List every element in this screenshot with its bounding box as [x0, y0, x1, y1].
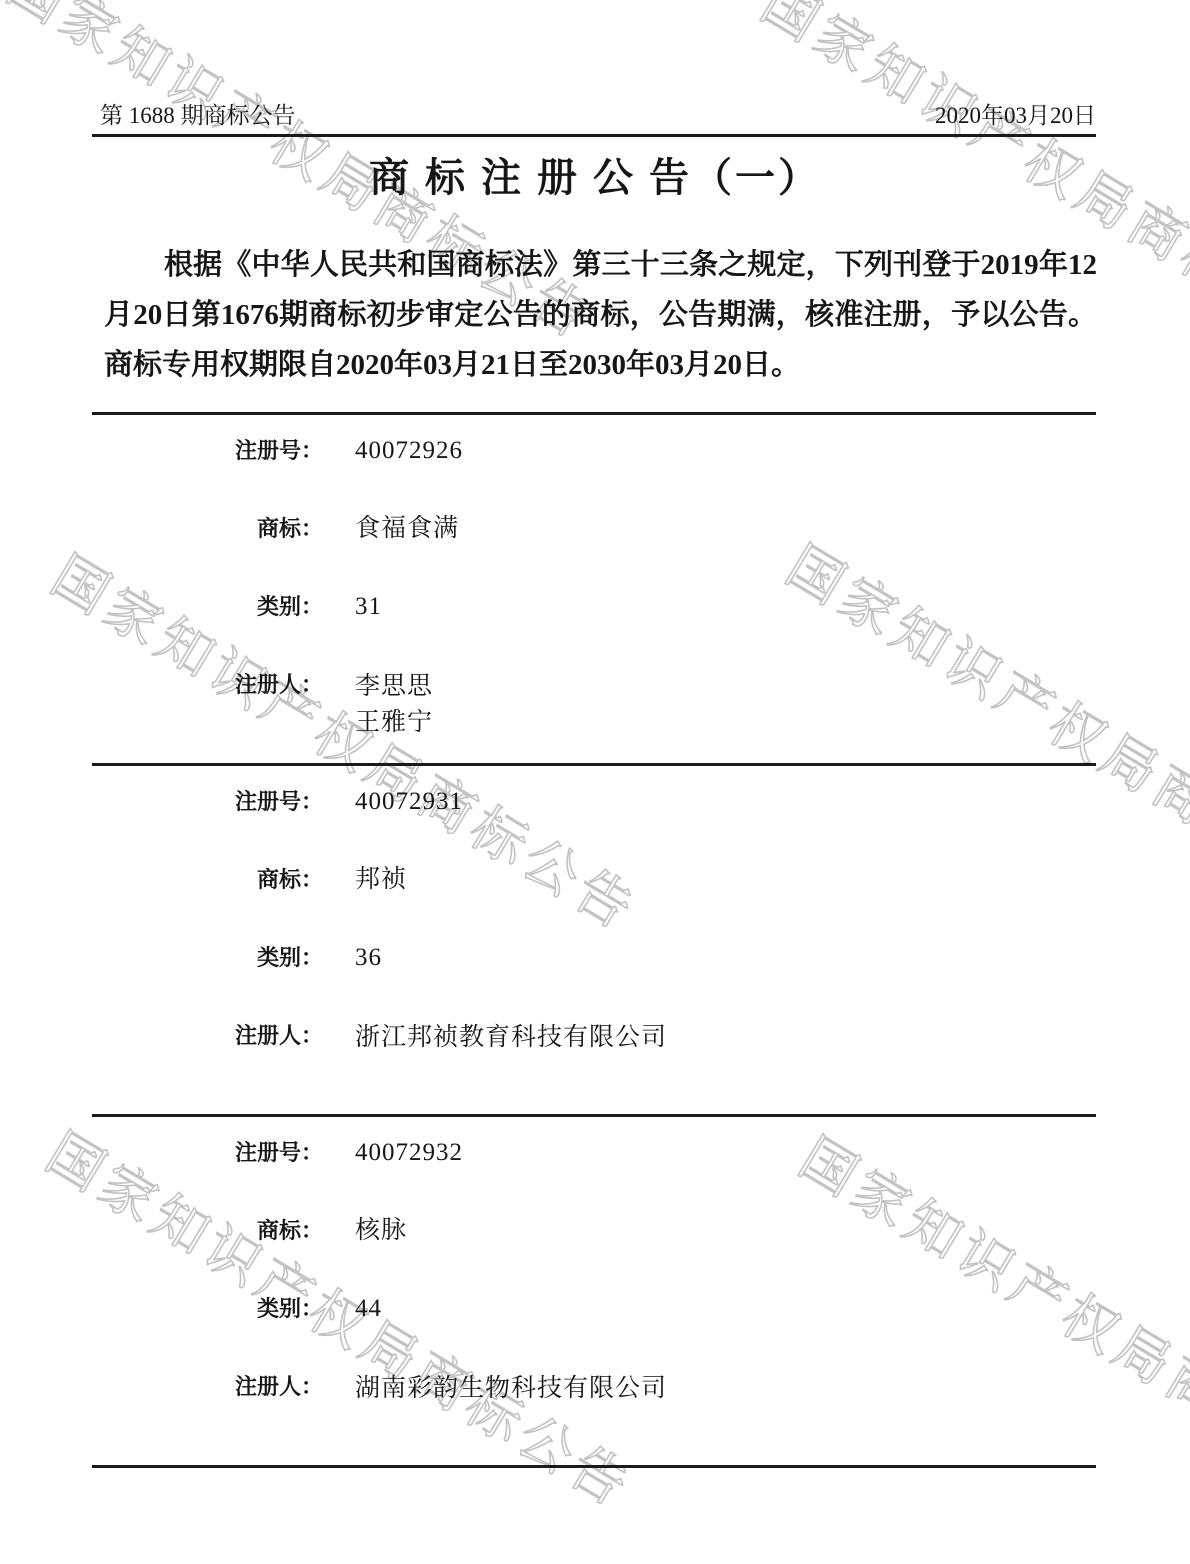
category-label: 类别： [92, 942, 323, 974]
registrant-value: 李思思 王雅宁 [355, 669, 433, 741]
issue-number: 第 1688 期商标公告 [100, 97, 296, 130]
registrant-label: 注册人： [92, 669, 323, 701]
intro-paragraph: 根据《中华人民共和国商标法》第三十三条之规定，下列刊登于2019年12月20日第… [104, 240, 1097, 390]
category-value: 36 [355, 942, 382, 974]
category-row: 类别： 31 [92, 591, 1096, 623]
registrant-name: 王雅宁 [355, 705, 433, 741]
bottom-divider [92, 1465, 1096, 1468]
category-label: 类别： [92, 1293, 323, 1325]
registrant-row: 注册人： 李思思 王雅宁 [92, 669, 1096, 741]
trademark-value: 食福食满 [355, 513, 459, 545]
reg-no-value: 40072926 [355, 435, 463, 467]
reg-no-row: 注册号： 40072931 [92, 786, 1096, 818]
registrant-value: 湖南彩韵生物科技有限公司 [355, 1371, 667, 1407]
reg-no-row: 注册号： 40072932 [92, 1137, 1096, 1169]
trademark-value: 核脉 [355, 1215, 407, 1247]
category-row: 类别： 44 [92, 1293, 1096, 1325]
header-divider [92, 134, 1096, 137]
category-row: 类别： 36 [92, 942, 1096, 974]
registrant-name: 湖南彩韵生物科技有限公司 [355, 1371, 667, 1407]
category-label: 类别： [92, 591, 323, 623]
trademark-label: 商标： [92, 1215, 323, 1247]
reg-no-label: 注册号： [92, 786, 323, 818]
reg-no-row: 注册号： 40072926 [92, 435, 1096, 467]
publication-date: 2020年03月20日 [935, 97, 1096, 130]
trademark-record: 注册号： 40072932 商标： 核脉 类别： 44 注册人： 湖南彩韵生物科… [92, 1114, 1096, 1465]
page-header: 第 1688 期商标公告 2020年03月20日 [100, 97, 1096, 130]
trademark-record: 注册号： 40072926 商标： 食福食满 类别： 31 注册人： 李思思 王… [92, 412, 1096, 763]
reg-no-label: 注册号： [92, 435, 323, 467]
reg-no-label: 注册号： [92, 1137, 323, 1169]
trademark-row: 商标： 邦祯 [92, 864, 1096, 896]
registrant-label: 注册人： [92, 1020, 323, 1052]
category-value: 31 [355, 591, 382, 623]
records-list: 注册号： 40072926 商标： 食福食满 类别： 31 注册人： 李思思 王… [92, 412, 1096, 1465]
trademark-label: 商标： [92, 513, 323, 545]
trademark-record: 注册号： 40072931 商标： 邦祯 类别： 36 注册人： 浙江邦祯教育科… [92, 763, 1096, 1114]
trademark-row: 商标： 核脉 [92, 1215, 1096, 1247]
category-value: 44 [355, 1293, 382, 1325]
registrant-row: 注册人： 湖南彩韵生物科技有限公司 [92, 1371, 1096, 1407]
reg-no-value: 40072931 [355, 786, 463, 818]
gazette-page: 国家知识产权局商标公告 国家知识产权局商标公告 国家知识产权局商标公告 国家知识… [0, 0, 1190, 1564]
registrant-row: 注册人： 浙江邦祯教育科技有限公司 [92, 1020, 1096, 1056]
registrant-value: 浙江邦祯教育科技有限公司 [355, 1020, 667, 1056]
reg-no-value: 40072932 [355, 1137, 463, 1169]
page-content: 第 1688 期商标公告 2020年03月20日 商 标 注 册 公 告（一） … [0, 0, 1190, 1564]
trademark-label: 商标： [92, 864, 323, 896]
registrant-name: 李思思 [355, 669, 433, 705]
trademark-row: 商标： 食福食满 [92, 513, 1096, 545]
registrant-name: 浙江邦祯教育科技有限公司 [355, 1020, 667, 1056]
registrant-label: 注册人： [92, 1371, 323, 1403]
trademark-value: 邦祯 [355, 864, 407, 896]
page-title: 商 标 注 册 公 告（一） [0, 146, 1190, 203]
